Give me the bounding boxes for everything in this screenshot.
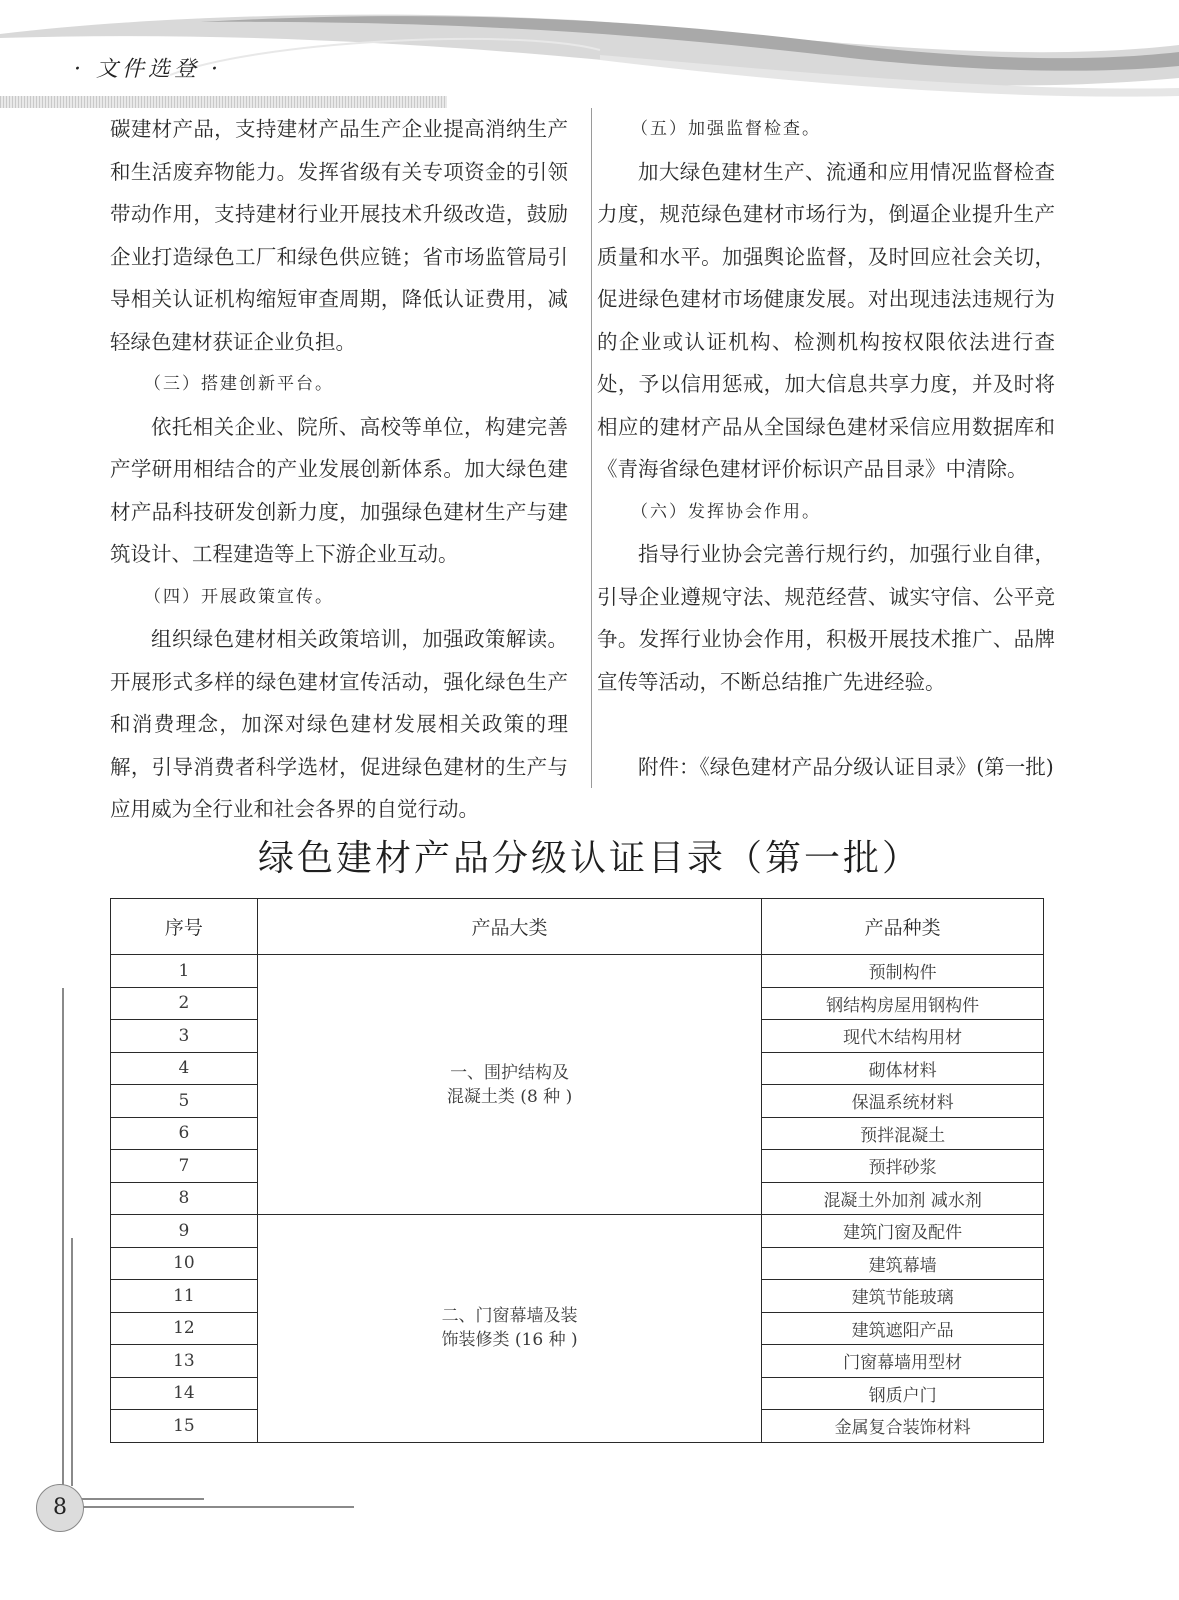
- table-header-row: 序号 产品大类 产品种类: [111, 899, 1044, 955]
- column-divider: [591, 108, 592, 788]
- attachment-note: 附件：《绿色建材产品分级认证目录》(第一批): [597, 746, 1055, 789]
- header-dotted-band: [0, 96, 447, 108]
- footer-horizontal-line: [82, 1506, 354, 1508]
- row-type: 金属复合装饰材料: [762, 1410, 1044, 1443]
- header-category: 产品大类: [257, 899, 761, 955]
- row-no: 13: [111, 1345, 258, 1378]
- right-column: （五）加强监督检查。 加大绿色建材生产、流通和应用情况监督检查力度，规范绿色建材…: [597, 108, 1055, 788]
- section-heading: （六）发挥协会作用。: [597, 491, 1055, 534]
- section-heading: （五）加强监督检查。: [597, 108, 1055, 151]
- row-type: 保温系统材料: [762, 1085, 1044, 1118]
- paragraph: 加大绿色建材生产、流通和应用情况监督检查力度，规范绿色建材市场行为，倒逼企业提升…: [597, 151, 1055, 491]
- header-no: 序号: [111, 899, 258, 955]
- row-type: 钢质户门: [762, 1377, 1044, 1410]
- page-number-badge: 8: [36, 1484, 84, 1532]
- row-no: 3: [111, 1020, 258, 1053]
- catalog-table: 序号 产品大类 产品种类 1 一、围护结构及 混凝土类 (8 种 ) 预制构件 …: [110, 898, 1044, 1443]
- paragraph: 指导行业协会完善行规行约，加强行业自律，引导企业遵规守法、规范经营、诚实守信、公…: [597, 533, 1055, 703]
- left-column: 碳建材产品，支持建材产品生产企业提高消纳生产和生活废弃物能力。发挥省级有关专项资…: [110, 108, 568, 831]
- table-title: 绿色建材产品分级认证目录（第一批）: [0, 830, 1179, 881]
- category-cell: 一、围护结构及 混凝土类 (8 种 ): [257, 955, 761, 1215]
- row-no: 2: [111, 987, 258, 1020]
- row-type: 砌体材料: [762, 1052, 1044, 1085]
- section-heading: （四）开展政策宣传。: [110, 576, 568, 619]
- paragraph: 组织绿色建材相关政策培训，加强政策解读。开展形式多样的绿色建材宣传活动，强化绿色…: [110, 618, 568, 831]
- paragraph: 碳建材产品，支持建材产品生产企业提高消纳生产和生活废弃物能力。发挥省级有关专项资…: [110, 108, 568, 363]
- row-type: 预制构件: [762, 955, 1044, 988]
- row-type: 门窗幕墙用型材: [762, 1345, 1044, 1378]
- paragraph: 依托相关企业、院所、高校等单位，构建完善产学研用相结合的产业发展创新体系。加大绿…: [110, 406, 568, 576]
- row-type: 预拌砂浆: [762, 1150, 1044, 1183]
- row-no: 11: [111, 1280, 258, 1313]
- row-type: 建筑遮阳产品: [762, 1312, 1044, 1345]
- section-heading: （三）搭建创新平台。: [110, 363, 568, 406]
- row-no: 8: [111, 1182, 258, 1215]
- row-no: 10: [111, 1247, 258, 1280]
- row-no: 7: [111, 1150, 258, 1183]
- row-no: 6: [111, 1117, 258, 1150]
- row-no: 15: [111, 1410, 258, 1443]
- row-no: 5: [111, 1085, 258, 1118]
- section-tag: · 文件选登 ·: [74, 52, 222, 83]
- row-no: 12: [111, 1312, 258, 1345]
- header-type: 产品种类: [762, 899, 1044, 955]
- row-no: 14: [111, 1377, 258, 1410]
- row-type: 建筑节能玻璃: [762, 1280, 1044, 1313]
- table-row: 9 二、门窗幕墙及装 饰装修类 (16 种 ) 建筑门窗及配件: [111, 1215, 1044, 1248]
- footer-horizontal-line: [82, 1498, 204, 1500]
- footer-vertical-line: [71, 1238, 73, 1486]
- row-no: 4: [111, 1052, 258, 1085]
- row-type: 混凝土外加剂 减水剂: [762, 1182, 1044, 1215]
- footer-vertical-line: [62, 988, 64, 1486]
- row-no: 1: [111, 955, 258, 988]
- row-type: 建筑幕墙: [762, 1247, 1044, 1280]
- row-type: 建筑门窗及配件: [762, 1215, 1044, 1248]
- table-row: 1 一、围护结构及 混凝土类 (8 种 ) 预制构件: [111, 955, 1044, 988]
- row-type: 现代木结构用材: [762, 1020, 1044, 1053]
- category-cell: 二、门窗幕墙及装 饰装修类 (16 种 ): [257, 1215, 761, 1443]
- row-type: 钢结构房屋用钢构件: [762, 987, 1044, 1020]
- row-type: 预拌混凝土: [762, 1117, 1044, 1150]
- row-no: 9: [111, 1215, 258, 1248]
